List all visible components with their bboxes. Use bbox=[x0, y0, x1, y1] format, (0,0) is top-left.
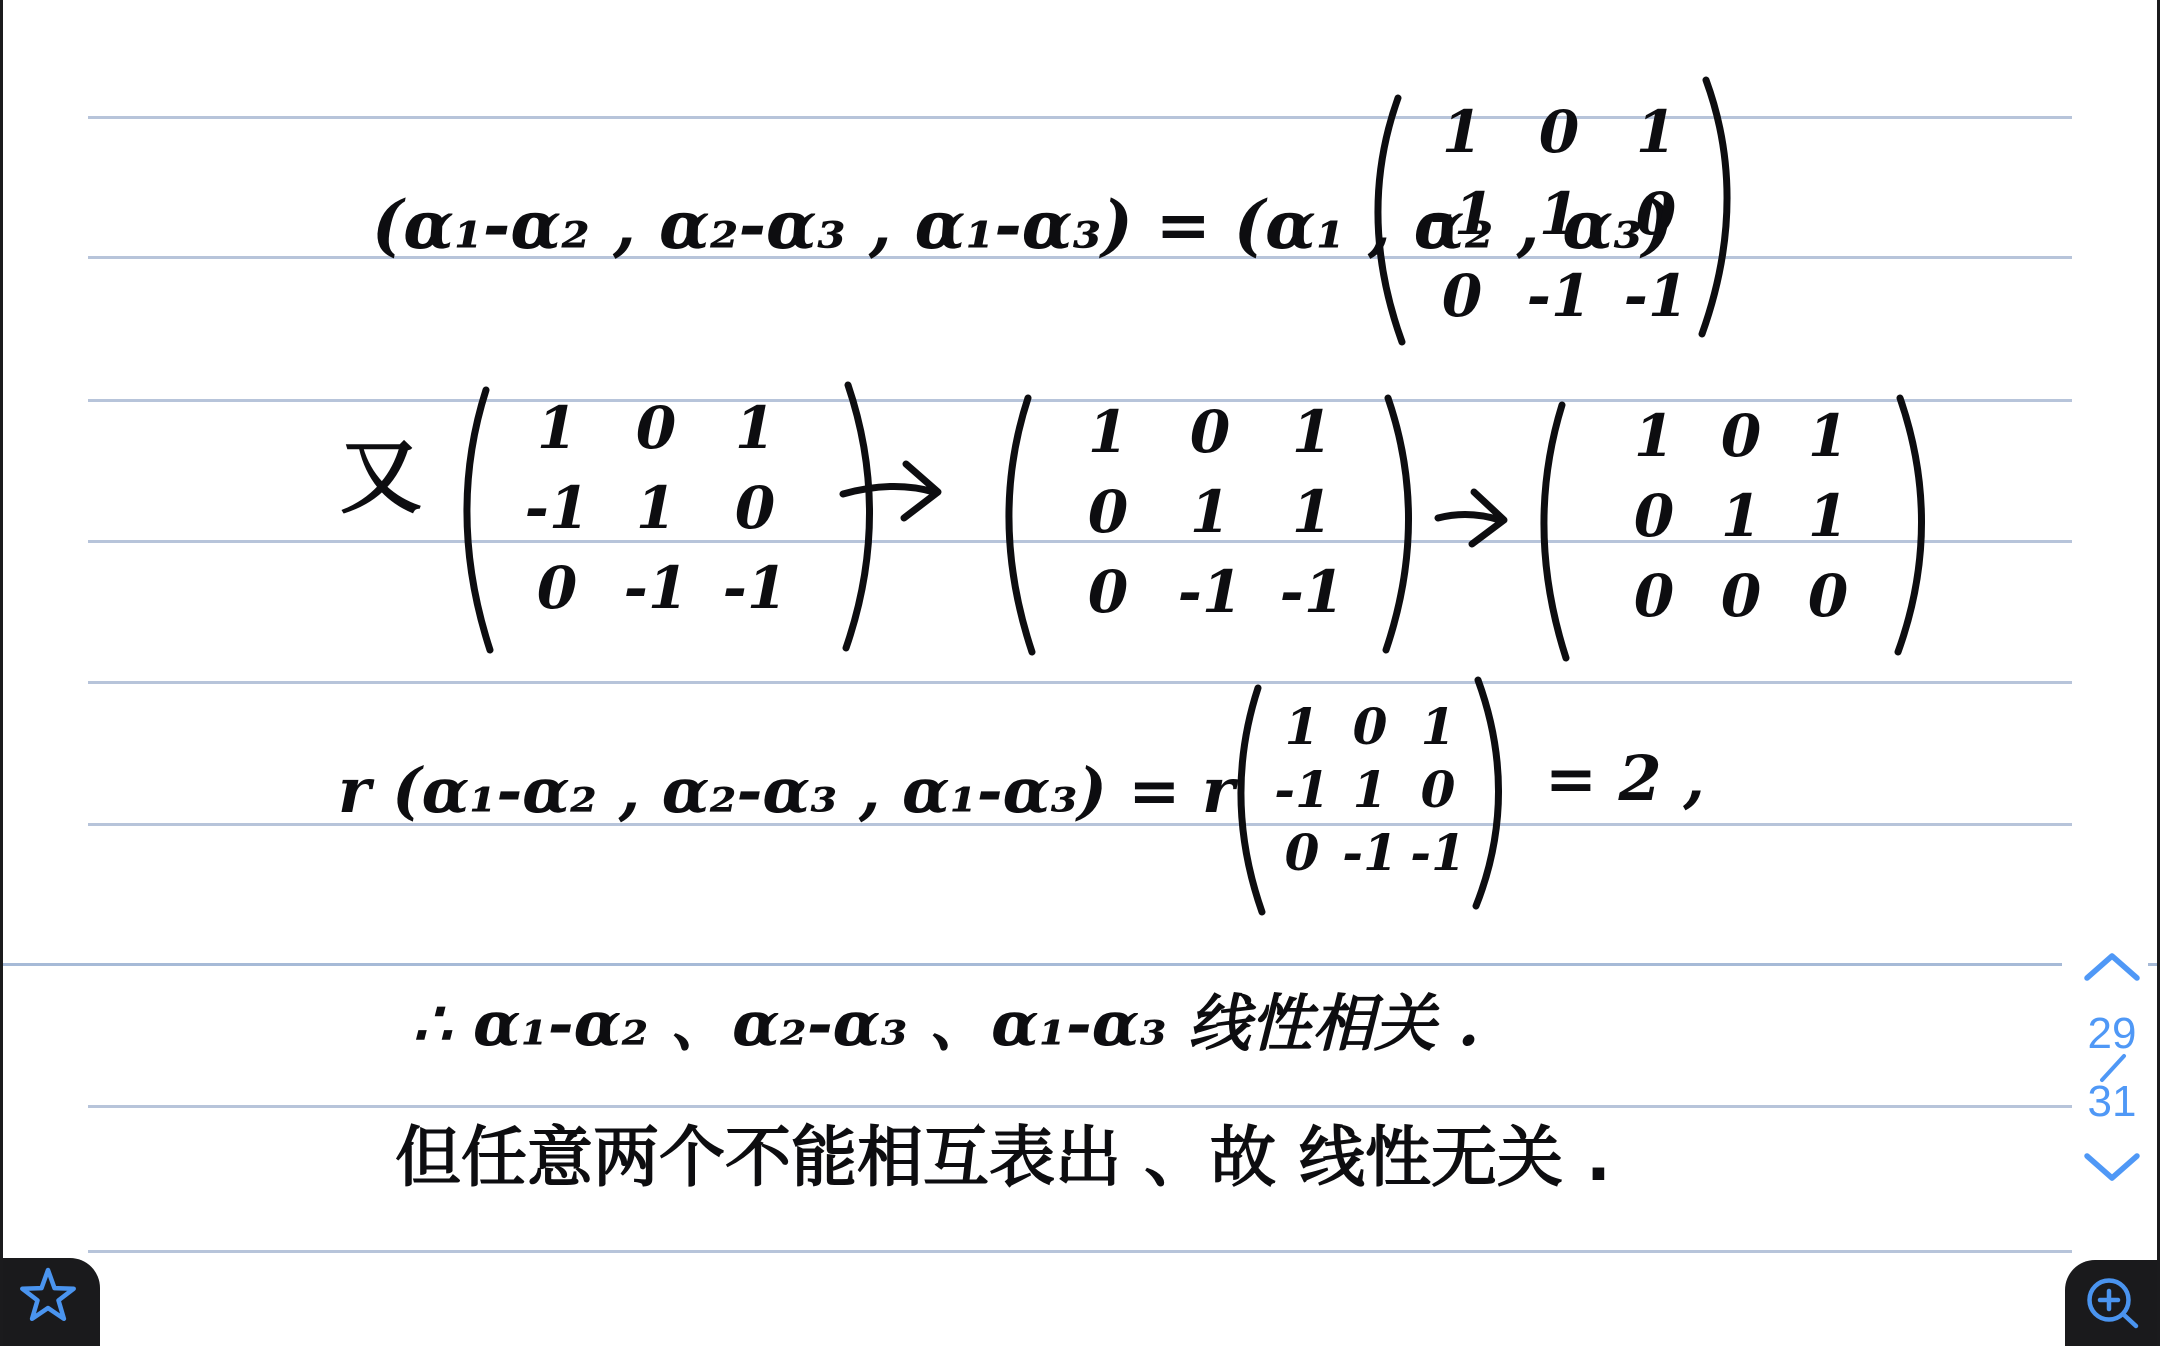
matrix-cell: 1 bbox=[1636, 98, 1676, 166]
matrix-step2: 101011000 bbox=[1544, 398, 1922, 658]
matrix-cell: 0 bbox=[1721, 402, 1761, 470]
rank-result: = 2 , bbox=[1545, 742, 1705, 815]
star-icon bbox=[0, 1258, 100, 1346]
conclusion-line2: 但任意两个不能相互表出 、故 线性无关 . bbox=[395, 1119, 1611, 1196]
matrix-cell: 0 bbox=[1539, 98, 1579, 166]
matrix-cell: 0 bbox=[1808, 562, 1848, 630]
matrix-step0: 101-1100-1-1 bbox=[467, 385, 870, 650]
left-paren bbox=[1544, 405, 1566, 658]
matrix-cell: 1 bbox=[537, 394, 577, 462]
left-paren bbox=[1241, 688, 1262, 912]
matrix-cells: 101-1100-1-1 bbox=[1430, 98, 1688, 330]
right-paren bbox=[1386, 398, 1409, 650]
matrix-cell: -1 bbox=[525, 474, 589, 542]
page-up-button[interactable] bbox=[2084, 950, 2140, 984]
notes-page-canvas[interactable]: (α₁-α₂ , α₂-α₃ , α₁-α₃) = (α₁ , α₂ , α₃)… bbox=[0, 0, 2160, 1346]
matrix-cells: 101-1100-1-1 bbox=[1274, 697, 1466, 882]
matrix-cell: 0 bbox=[1636, 180, 1676, 248]
matrix-cell: 1 bbox=[1634, 402, 1674, 470]
matrix-cell: -1 bbox=[624, 554, 688, 622]
matrix-cell: 1 bbox=[1721, 482, 1761, 550]
matrix-cell: 0 bbox=[1634, 482, 1674, 550]
matrix-cell: 0 bbox=[1442, 262, 1482, 330]
matrix-cell: 0 bbox=[636, 394, 676, 462]
matrix-cell: 0 bbox=[1088, 478, 1128, 546]
matrix-cell: -1 bbox=[1274, 760, 1330, 819]
matrix-rank: 101-1100-1-1 bbox=[1241, 680, 1499, 912]
matrix-step1: 1010110-1-1 bbox=[1009, 398, 1409, 652]
matrix-cell: -1 bbox=[1624, 262, 1688, 330]
matrix-cell: -1 bbox=[1342, 823, 1398, 882]
matrix-cell: 1 bbox=[1292, 478, 1332, 546]
right-paren bbox=[1702, 80, 1727, 334]
chevron-down-icon bbox=[2087, 1156, 2137, 1178]
favorite-button[interactable] bbox=[0, 1258, 100, 1346]
matrix-cell: 1 bbox=[735, 394, 775, 462]
matrix-cell: 0 bbox=[1421, 760, 1456, 819]
matrix-cell: 0 bbox=[1721, 562, 1761, 630]
matrix-cells: 101-1100-1-1 bbox=[525, 394, 787, 622]
matrix-cell: 0 bbox=[1634, 562, 1674, 630]
matrix-cell: 0 bbox=[1190, 398, 1230, 466]
chevron-up-icon bbox=[2087, 956, 2137, 978]
right-paren bbox=[1898, 398, 1922, 652]
matrix-cell: -1 bbox=[1527, 262, 1591, 330]
matrix-cell: 0 bbox=[735, 474, 775, 542]
matrix-cell: 0 bbox=[1088, 558, 1128, 626]
conclusion-line1: ∴ α₁-α₂ 、α₂-α₃ 、α₁-α₃ 线性相关 . bbox=[412, 987, 1479, 1060]
matrix-cell: -1 bbox=[1430, 180, 1494, 248]
matrix-cell: 1 bbox=[1442, 98, 1482, 166]
matrix-cell: 0 bbox=[1285, 823, 1320, 882]
page-down-button[interactable] bbox=[2084, 1150, 2140, 1184]
left-paren bbox=[1009, 398, 1032, 652]
rank-equation-lhs: r (α₁-α₂ , α₂-α₃ , α₁-α₃) = r bbox=[338, 754, 1239, 827]
arrow-right-icon bbox=[843, 464, 938, 518]
matrix-cell: 1 bbox=[1808, 482, 1848, 550]
page-edge bbox=[0, 0, 3, 1346]
page-number-current[interactable]: 29 bbox=[2076, 1012, 2148, 1056]
matrix-eq1: 101-1100-1-1 bbox=[1378, 80, 1727, 342]
arrow-right-icon bbox=[1438, 492, 1504, 544]
zoom-in-icon bbox=[2065, 1260, 2160, 1346]
right-paren bbox=[846, 385, 870, 648]
matrix-cell: -1 bbox=[723, 554, 787, 622]
matrix-cell: 1 bbox=[1088, 398, 1128, 466]
matrix-cells: 1010110-1-1 bbox=[1088, 398, 1344, 626]
handwriting-layer: (α₁-α₂ , α₂-α₃ , α₁-α₃) = (α₁ , α₂ , α₃)… bbox=[0, 0, 2160, 1346]
matrix-cell: 1 bbox=[636, 474, 676, 542]
matrix-cell: 1 bbox=[1292, 398, 1332, 466]
matrix-cell: 1 bbox=[1808, 402, 1848, 470]
matrix-cell: 1 bbox=[1539, 180, 1579, 248]
also-character: 又 bbox=[340, 430, 422, 525]
matrix-cells: 101011000 bbox=[1634, 402, 1848, 630]
matrix-cell: 1 bbox=[1421, 697, 1456, 756]
matrix-cell: -1 bbox=[1178, 558, 1242, 626]
matrix-cell: 1 bbox=[1190, 478, 1230, 546]
matrix-cell: 1 bbox=[1285, 697, 1320, 756]
matrix-cell: -1 bbox=[1280, 558, 1344, 626]
matrix-cell: 0 bbox=[537, 554, 577, 622]
zoom-button[interactable] bbox=[2065, 1260, 2160, 1346]
matrix-cell: -1 bbox=[1410, 823, 1466, 882]
matrix-cell: 0 bbox=[1353, 697, 1388, 756]
matrix-cell: 1 bbox=[1353, 760, 1388, 819]
left-paren bbox=[467, 390, 490, 650]
page-number-total[interactable]: 31 bbox=[2076, 1080, 2148, 1124]
right-paren bbox=[1476, 680, 1499, 906]
